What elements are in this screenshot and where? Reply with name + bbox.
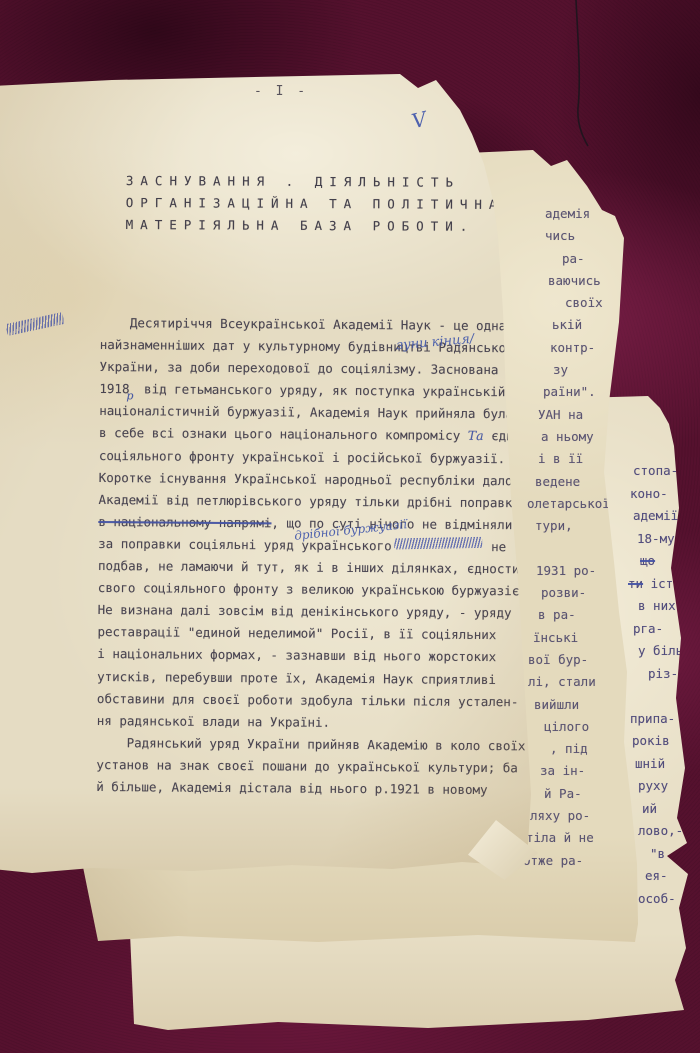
text-segment: стопа-	[633, 463, 678, 478]
text-line: їнські	[518, 630, 610, 652]
text-segment: свого соціяльного фронту з великою украї…	[98, 580, 535, 598]
text-segment: зу	[553, 362, 568, 377]
text-segment: раїни".	[543, 384, 596, 399]
text-line: Коротке існування Української народньої …	[99, 467, 544, 493]
text-line: ЗАСНУВАННЯ . ДІЯЛЬНІСТЬ	[126, 160, 518, 184]
text-line: років	[625, 733, 691, 756]
text-segment: "в	[650, 846, 665, 861]
text-segment: 18-му	[637, 531, 675, 546]
text-segment: розви-	[541, 585, 586, 600]
text-segment: 1918	[99, 381, 129, 396]
text-segment: ня радянської влади на Україні.	[97, 713, 330, 730]
text-segment: різ-	[648, 666, 678, 681]
text-segment: а ньому	[541, 429, 594, 444]
ink-scribble	[394, 537, 482, 550]
text-segment: руху	[638, 778, 668, 793]
text-line: за ін-	[518, 763, 610, 785]
text-segment: ти	[628, 576, 643, 591]
text-line: ваючись	[518, 273, 610, 295]
text-segment: Радянський уряд України прийняв Академію…	[127, 735, 526, 753]
text-segment: в них	[638, 598, 676, 613]
text-line: своїх	[518, 295, 610, 317]
text-line: адемія	[518, 206, 610, 228]
text-segment: Десятиріччя Всеукраїнської Академії Наук…	[130, 315, 521, 333]
text-line: ляху ро-	[518, 808, 610, 830]
text-segment: , під	[550, 741, 588, 756]
text-segment: націоналістичній буржуазії, Академія Нау…	[99, 403, 513, 421]
text-line: МАТЕРІЯЛЬНА БАЗА РОБОТИ.	[126, 204, 518, 228]
text-line: олетарської	[518, 496, 610, 518]
text-line	[518, 540, 610, 562]
text-line: і національних формах, - зазнавши від нь…	[97, 643, 542, 669]
text-segment: лово,-	[638, 823, 683, 838]
text-segment: й більше, Академія дістала від нього р.1…	[96, 779, 487, 797]
text-line: тури,	[518, 518, 610, 540]
text-segment: чись	[545, 228, 575, 243]
text-segment: установ на знак своєї пошани до українсь…	[96, 757, 518, 775]
text-segment: коно-	[630, 486, 668, 501]
check-mark: V	[409, 107, 429, 134]
text-line: ведене	[518, 474, 610, 496]
text-segment: років	[632, 733, 670, 748]
text-segment: і національних формах, - зазнавши від нь…	[97, 646, 496, 664]
text-segment: адемія	[545, 206, 590, 221]
text-segment: вої бур-	[528, 652, 588, 667]
text-line: чись	[518, 228, 610, 250]
document-page-1: - І - ЗАСНУВАННЯ . ДІЯЛЬНІСТЬОРГАНІЗАЦІЙ…	[0, 72, 544, 884]
text-segment: їнські	[533, 630, 578, 645]
text-line: вої бур-	[518, 652, 610, 674]
text-segment: вийшли	[534, 697, 579, 712]
text-segment: ея-	[645, 868, 668, 883]
text-segment: України, за доби переходової до соціяліз…	[100, 359, 506, 377]
text-segment: особ-	[638, 891, 676, 906]
text-line: обставини для своєї роботи здобула тільк…	[97, 688, 542, 714]
text-segment: і в її	[538, 451, 583, 466]
text-segment: МАТЕРІЯЛЬНА БАЗА РОБОТИ.	[126, 217, 475, 234]
text-line: розви-	[518, 585, 610, 607]
text-segment: контр-	[550, 340, 595, 355]
text-segment: ра-	[562, 251, 585, 266]
text-line: 1931 ро-	[518, 563, 610, 585]
text-segment: припа-	[630, 711, 675, 726]
text-segment: Та	[468, 428, 484, 443]
text-line: ра-	[518, 251, 610, 273]
text-segment: тури,	[535, 518, 573, 533]
text-segment: рга-	[633, 621, 663, 636]
thread	[552, 0, 598, 150]
margin-scribble	[5, 312, 64, 336]
text-line: й Ра-	[518, 786, 610, 808]
text-segment: в себе всі ознаки цього національного ко…	[99, 425, 468, 443]
text-segment: Академії від петлюрівського уряду тільки…	[98, 492, 520, 510]
text-segment: реставрації "единой неделимой" Росії, в …	[97, 624, 496, 642]
page2-text-fragments: адеміячисьра-ваючисьсвоїхькійконтр-зураї…	[518, 206, 610, 875]
text-segment: цілого	[544, 719, 589, 734]
text-line: лі, стали	[518, 674, 610, 696]
text-line: ькій	[518, 317, 610, 339]
text-segment: Не визнана далі зовсім від денікінського…	[98, 602, 512, 620]
text-line: ОРГАНІЗАЦІЙНА ТА ПОЛІТИЧНА.	[126, 182, 518, 206]
text-segment: від гетьманського уряду, як поступка укр…	[136, 382, 505, 400]
text-segment: ий	[642, 801, 657, 816]
text-segment: 1931 ро-	[536, 563, 596, 578]
text-segment: своїх	[565, 295, 603, 310]
text-segment: за ін-	[540, 763, 585, 778]
text-segment: й Ра-	[544, 786, 582, 801]
text-segment: за поправки соціяльні уряд українського	[98, 536, 392, 553]
text-line: в ра-	[518, 607, 610, 629]
text-line: і в її	[518, 451, 610, 473]
text-line: ня радянської влади на Україні.	[97, 710, 542, 736]
text-segment: ваючись	[548, 273, 601, 288]
text-segment: в національному напрямі	[98, 514, 271, 530]
text-segment: ведене	[535, 474, 580, 489]
text-segment: р	[126, 389, 133, 402]
text-line: , під	[518, 741, 610, 763]
text-segment: олетарської	[527, 496, 610, 511]
text-segment: Коротке існування Української народньої …	[99, 470, 513, 488]
text-line: контр-	[518, 340, 610, 362]
text-segment: соціяльного фронту української і російсь…	[99, 448, 505, 466]
document-photo: стопа-коно-адемії.18-мущоти істо-в нихрг…	[0, 0, 700, 1053]
text-line: соціяльного фронту української і російсь…	[99, 445, 544, 471]
page-number-header: - І -	[254, 84, 308, 99]
text-segment: шній	[635, 756, 665, 771]
text-line: УАН на	[518, 407, 610, 429]
text-line: вийшли	[518, 697, 610, 719]
text-segment: ькій	[552, 317, 582, 332]
text-segment: УАН на	[538, 407, 583, 422]
text-segment: в ра-	[538, 607, 576, 622]
text-segment: обставини для своєї роботи здобула тільк…	[97, 691, 519, 709]
text-segment: не	[484, 539, 507, 554]
text-line: зу	[518, 362, 610, 384]
text-line: в себе всі ознаки цього національного ко…	[99, 422, 544, 448]
document-title: ЗАСНУВАННЯ . ДІЯЛЬНІСТЬОРГАНІЗАЦІЙНА ТА …	[126, 160, 519, 228]
text-segment: тіла й не	[526, 830, 594, 845]
text-line: Академії від петлюрівського уряду тільки…	[98, 489, 543, 515]
text-line: шній	[625, 756, 691, 779]
text-segment: лі, стали	[528, 674, 596, 689]
text-line: раїни".	[518, 384, 610, 406]
text-segment: утисків, перебувши проте їх, Академія На…	[97, 668, 496, 686]
text-line: а ньому	[518, 429, 610, 451]
text-segment: подбав, не ламаючи й тут, як і в інших д…	[98, 558, 520, 576]
text-line: й більше, Академія дістала від нього р.1…	[96, 776, 541, 802]
text-segment: ляху ро-	[530, 808, 590, 823]
text-segment: що	[640, 553, 655, 568]
document-body-text: Десятиріччя Всеукраїнської Академії Наук…	[96, 312, 545, 802]
text-line: утисків, перебувши проте їх, Академія На…	[97, 665, 542, 691]
text-line: цілого	[518, 719, 610, 741]
